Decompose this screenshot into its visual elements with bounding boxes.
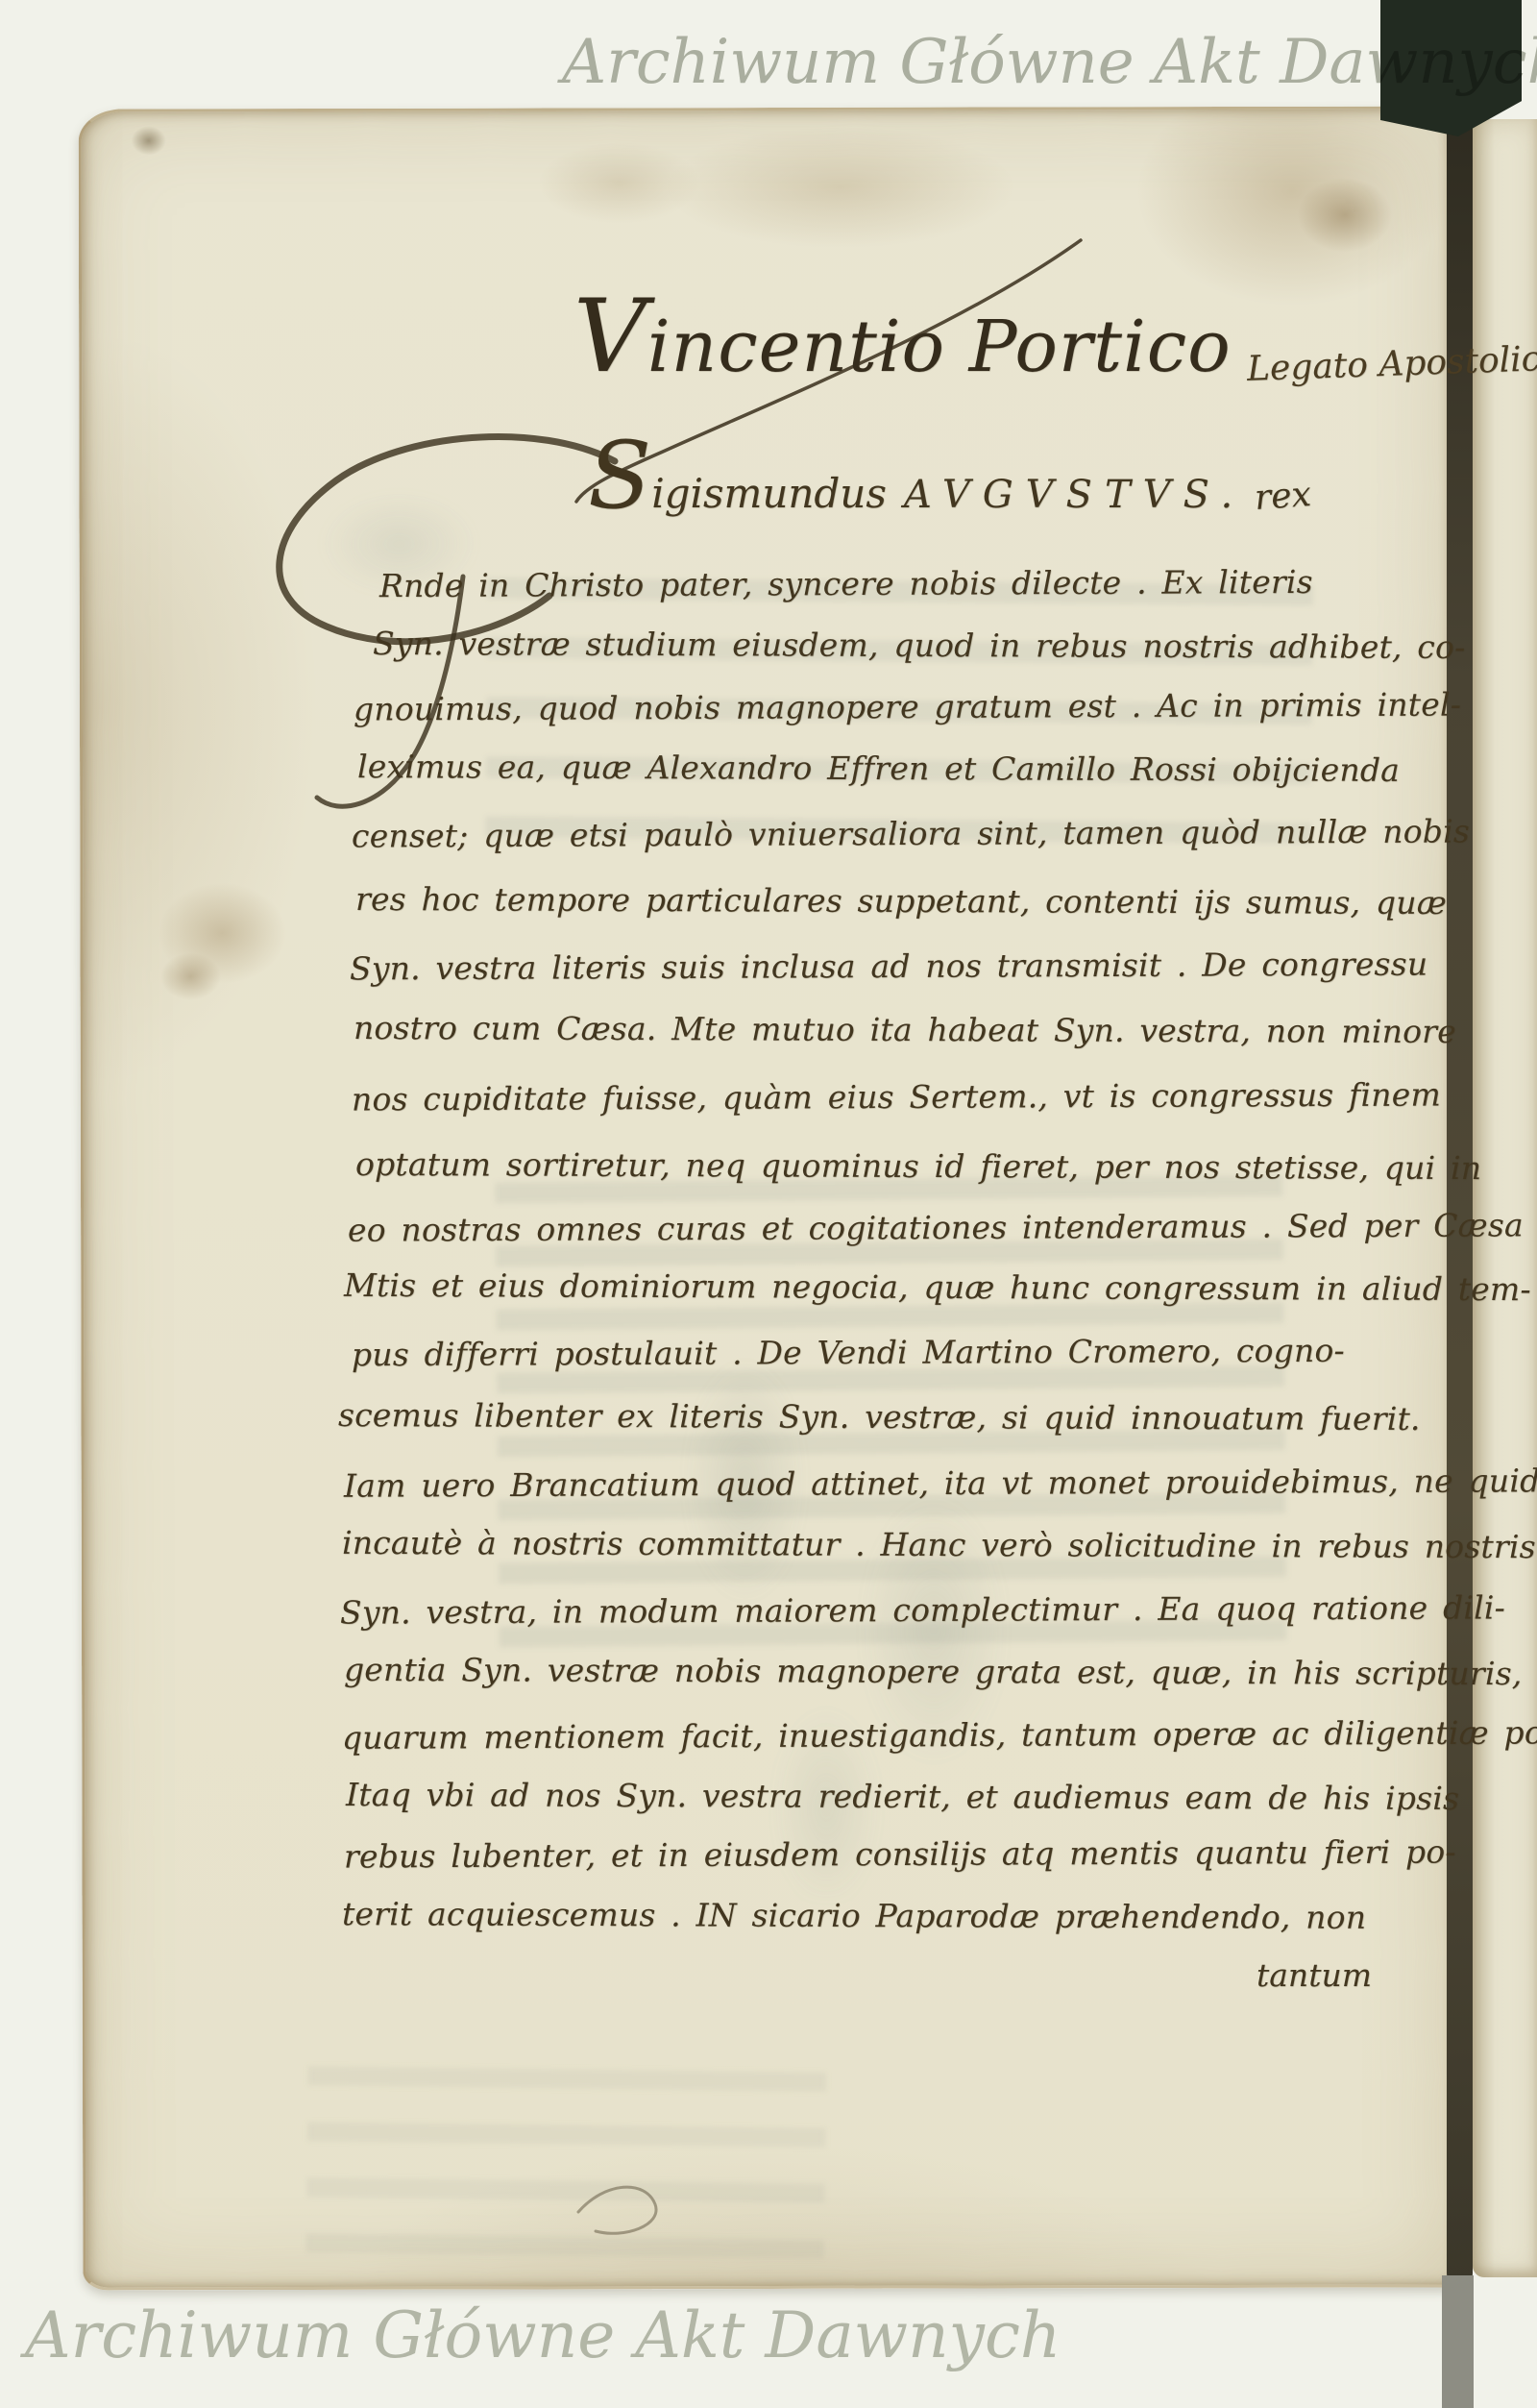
addressee-name: Vincentio Portico [573,277,1232,395]
manuscript-line: Syn. vestra, in modum maiorem complectim… [340,1588,1505,1631]
addressee-title: Legato Apostolico. [1246,338,1537,389]
manuscript-line: rebus lubenter, et in eiusdem consilijs … [344,1832,1456,1875]
manuscript-line: nostro cum Cæsa. Mte mutuo ita habeat Sy… [354,1009,1456,1050]
manuscript-line: optatum sortiretur, neq quominus id fier… [355,1145,1481,1187]
catchword: tantum [1256,1956,1372,1994]
manuscript-line: eo nostras omnes curas et cogitationes i… [348,1206,1524,1248]
manuscript-line: quarum mentionem facit, inuestigandis, t… [342,1713,1537,1757]
manuscript-line: scemus libenter ex literis Syn. vestræ, … [338,1396,1421,1437]
archive-watermark-bottom: Archiwum Główne Akt Dawnych [25,2298,1061,2372]
manuscript-line: terit acquiescemus . IN sicario Paparodæ… [342,1895,1366,1936]
manuscript-line: pus differri postulauit . De Vendi Marti… [352,1332,1345,1374]
manuscript-line: Itaq vbi ad nos Syn. vestra redierit, et… [346,1776,1459,1817]
sender-royal-abbreviation: rex [1254,475,1313,518]
manuscript-line: Syn. vestra literis suis inclusa ad nos … [350,946,1427,988]
manuscript-line: gnouimus, quod nobis magnopere gratum es… [354,685,1461,727]
manuscript-line: gentia Syn. vestræ nobis magnopere grata… [344,1651,1523,1692]
manuscript-line: nos cupiditate fuisse, quàm eius Sertem.… [352,1076,1441,1118]
scan-background-notch [1380,0,1522,136]
manuscript-line: Mtis et eius dominiorum negocia, quæ hun… [344,1266,1531,1308]
manuscript-line: censet; quæ etsi paulò vniuersaliora sin… [352,812,1470,854]
sender-line: Sigismundus AVGVSTVS. rex [588,421,1311,529]
binding-gap-shadow-lower [1442,2275,1474,2408]
manuscript-line: Rnde in Christo pater, syncere nobis dil… [379,563,1313,604]
archive-scan: Vincentio Portico Legato Apostolico. Sig… [0,0,1537,2408]
sender-name: Sigismundus [588,421,887,529]
binding-gap-shadow [1447,111,1473,2285]
ink-bleedthrough [305,2058,827,2295]
letter-heading: Vincentio Portico Legato Apostolico. [573,277,1537,395]
sender-cognomen: AVGVSTVS. [904,473,1245,517]
manuscript-line: res hoc tempore particulares suppetant, … [355,880,1447,921]
manuscript-line: incautè à nostris committatur . Hanc ver… [342,1524,1536,1565]
manuscript-line: leximus ea, quæ Alexandro Effren et Cami… [357,748,1400,789]
manuscript-line: Syn. vestræ studium eiusdem, quod in reb… [373,625,1466,666]
facing-page-edge [1473,119,1537,2277]
manuscript-line: Iam uero Brancatium quod attinet, ita vt… [344,1462,1537,1504]
